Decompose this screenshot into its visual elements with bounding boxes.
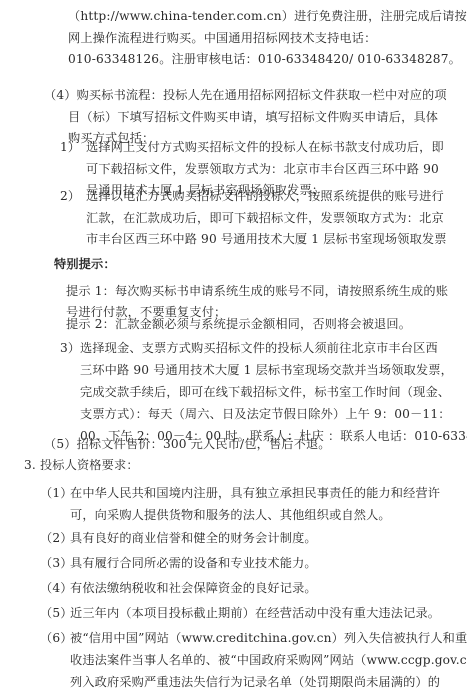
req-line: 近三年内（本项目投标截止期前）在经营活动中没有重大违法记录。 (70, 606, 440, 620)
method1-line: 选择网上支付方式购买招标文件的投标人在标书款支付成功后，即 (86, 140, 444, 154)
item5-line: （5）招标文件售价：300 元人民币/包，售后不退。 (44, 437, 331, 451)
method3-line: 三环中路 90 号通用技术大厦 1 层标书室现场交款并当场领取发票， (80, 363, 453, 377)
method2-line: 市丰台区西三环中路 90 号通用技术大厦 1 层标书室现场领取发票 (86, 232, 447, 246)
req-line: 具有履行合同所必需的设备和专业技术能力。 (70, 556, 317, 570)
method3-line: 选择现金、支票方式购买招标文件的投标人须前往北京市丰台区西 (80, 341, 438, 355)
req-number: （1） (40, 486, 73, 500)
req-line: 列入政府采购严重违法失信行为记录名单（处罚期限尚未届满的）的 (70, 675, 440, 689)
tip2-line: 提示 2：汇款金额必须与系统提示金额相同，否则将会被退回。 (66, 317, 411, 331)
req-line: 在中华人民共和国境内注册，具有独立承担民事责任的能力和经营许 (70, 486, 440, 500)
req-line: 被“信用中国”网站（www.creditchina.gov.cn）列入失信被执行… (70, 631, 467, 645)
intro-line: 网上操作流程进行购买。中国通用招标网技术支持电话： (68, 31, 376, 45)
req-line: 有依法缴纳税收和社会保障资金的良好记录。 (70, 581, 317, 595)
req-number: （3） (40, 556, 73, 570)
method3-line: 完成交款手续后，即可在线下载招标文件，标书室工作时间（现金、 (80, 385, 450, 399)
req-line: 可，向采购人提供货物和服务的法人、其他组织或自然人。 (70, 508, 391, 522)
req-number: （5） (40, 606, 73, 620)
item4-line: 目（标）下填写招标文件购买申请，填写招标文件购买申请后，具体 (68, 110, 438, 124)
req-line: 具有良好的商业信誉和健全的财务会计制度。 (70, 531, 317, 545)
req-number: （4） (40, 581, 73, 595)
method1-line: 可下载招标文件，发票领取方式为：北京市丰台区西三环中路 90 (86, 162, 439, 176)
method3-number: 3） (60, 341, 80, 355)
method1-number: 1） (60, 140, 80, 154)
special-notice-heading: 特别提示： (54, 257, 116, 271)
req-number: （6） (40, 631, 73, 645)
section3-heading: 3. 投标人资格要求： (24, 458, 139, 472)
req-number: （2） (40, 531, 73, 545)
item4-line: （4）购买标书流程：投标人先在通用招标网招标文件获取一栏中对应的项 (44, 88, 447, 102)
method2-line: 选择以电汇方式购买招标文件的投标人，按照系统提供的账号进行 (86, 189, 444, 203)
intro-line: 010-63348126。注册审核电话：010-63348420/ 010-63… (68, 52, 461, 66)
method2-line: 汇款，在汇款成功后，即可下载招标文件，发票领取方式为：北京 (86, 211, 444, 225)
intro-line: （http://www.china-tender.com.cn）进行免费注册，注… (68, 9, 467, 23)
method2-number: 2） (60, 189, 80, 203)
req-line: 收违法案件当事人名单的、被“中国政府采购网”网站（www.ccgp.gov.cn… (70, 653, 467, 667)
method3-line: 支票方式）：每天（周六、日及法定节假日除外）上午 9：00－11： (80, 407, 451, 421)
tip1-line: 提示 1：每次购买标书申请系统生成的账号不同，请按照系统生成的账 (66, 284, 448, 298)
